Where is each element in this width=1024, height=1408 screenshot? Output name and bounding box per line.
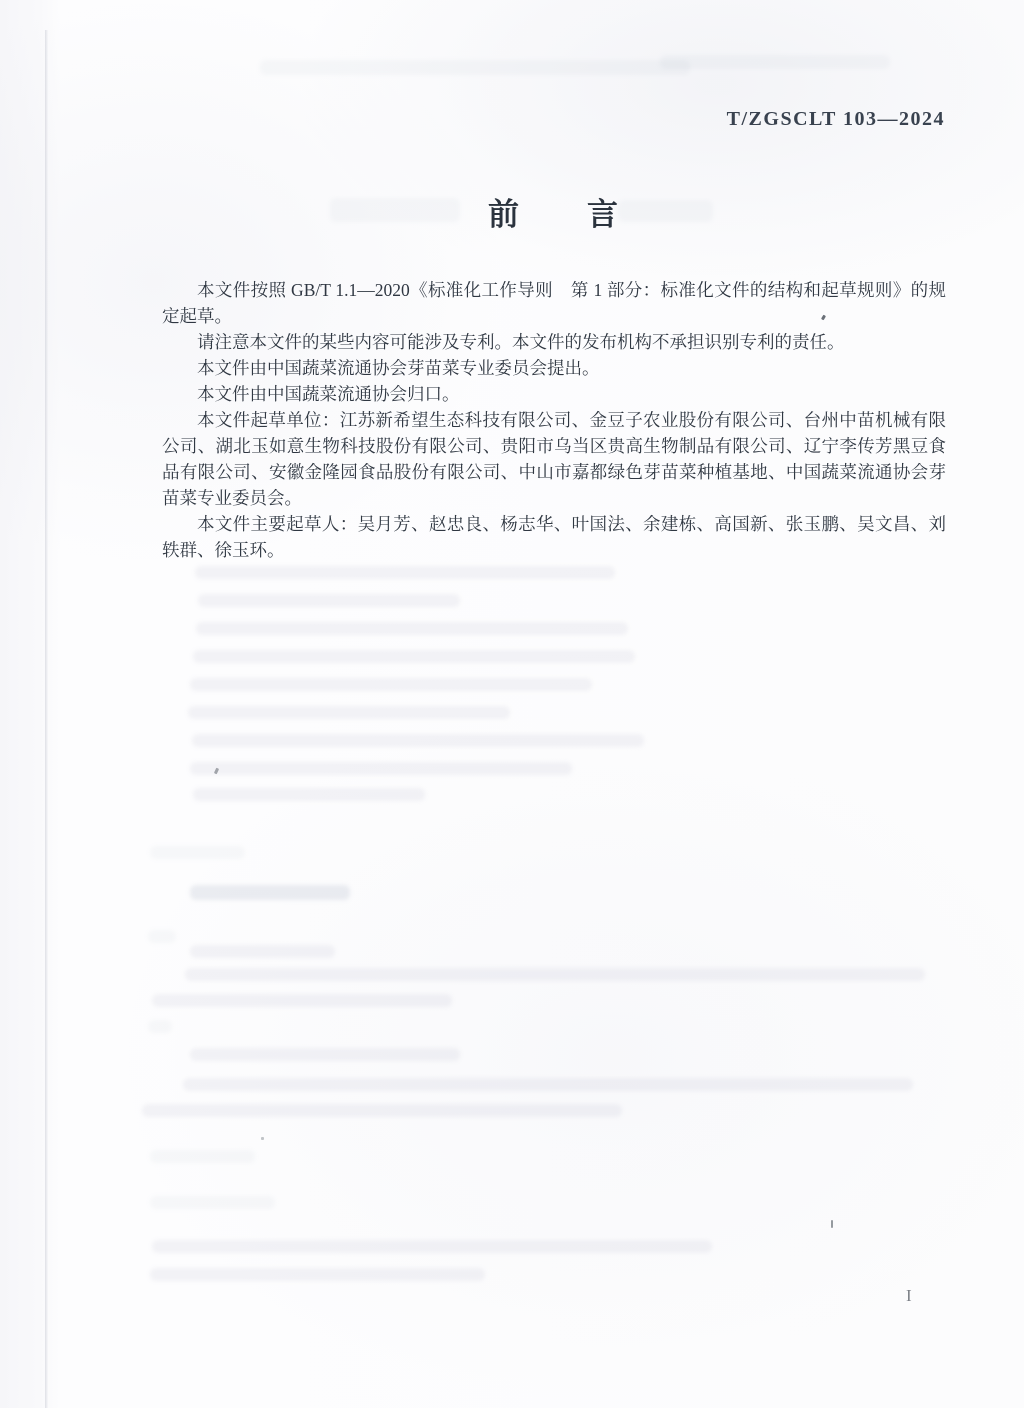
bleedthrough-line [190, 762, 572, 775]
bleedthrough-line [190, 885, 350, 900]
bleedthrough-line [152, 1240, 712, 1253]
foreword-paragraph: 本文件起草单位：江苏新希望生态科技有限公司、金豆子农业股份有限公司、台州中苗机械… [162, 407, 946, 511]
bleedthrough-line [150, 846, 245, 859]
standard-code: T/ZGSCLT 103—2024 [727, 108, 945, 131]
bleedthrough-line [190, 1048, 460, 1061]
scan-speck [261, 1137, 264, 1140]
bleedthrough-line [150, 1196, 275, 1209]
bleedthrough-line [188, 706, 510, 719]
bleedthrough-line [142, 1104, 622, 1117]
bleedthrough-line [196, 622, 628, 635]
bleedthrough-line [185, 968, 925, 981]
bleedthrough-line [183, 1078, 913, 1091]
bleedthrough-line [193, 650, 635, 663]
foreword-paragraph: 本文件主要起草人：吴月芳、赵忠良、杨志华、叶国法、余建栋、高国新、张玉鹏、吴文昌… [162, 511, 946, 563]
foreword-paragraph: 请注意本文件的某些内容可能涉及专利。本文件的发布机构不承担识别专利的责任。 [162, 329, 946, 355]
bleedthrough-line [190, 678, 592, 691]
paper-edge-line [45, 30, 48, 1408]
bleedthrough-line [190, 945, 335, 958]
bleedthrough-line [150, 1268, 485, 1281]
bleedthrough-line [195, 566, 615, 579]
foreword-body: 本文件按照 GB/T 1.1—2020《标准化工作导则 第 1 部分：标准化文件… [162, 277, 946, 563]
bleedthrough-line [150, 1150, 255, 1163]
scan-speck [831, 1220, 833, 1228]
bleedthrough-line [193, 788, 425, 801]
bleedthrough-line [148, 1020, 172, 1033]
bleedthrough-line [198, 594, 460, 607]
scan-smudge [660, 55, 890, 69]
bleedthrough-line [152, 994, 452, 1007]
bleedthrough-line [148, 930, 176, 943]
foreword-paragraph: 本文件由中国蔬菜流通协会芽苗菜专业委员会提出。 [162, 355, 946, 381]
bleedthrough-line [192, 734, 644, 747]
foreword-paragraph: 本文件按照 GB/T 1.1—2020《标准化工作导则 第 1 部分：标准化文件… [162, 277, 946, 329]
page-number: I [906, 1286, 913, 1306]
foreword-paragraph: 本文件由中国蔬菜流通协会归口。 [162, 381, 946, 407]
page-title: 前 言 [162, 189, 946, 234]
scanned-page: T/ZGSCLT 103—2024 前 言 本文件按照 GB/T 1.1—202… [0, 0, 1024, 1408]
scan-smudge [260, 60, 690, 75]
